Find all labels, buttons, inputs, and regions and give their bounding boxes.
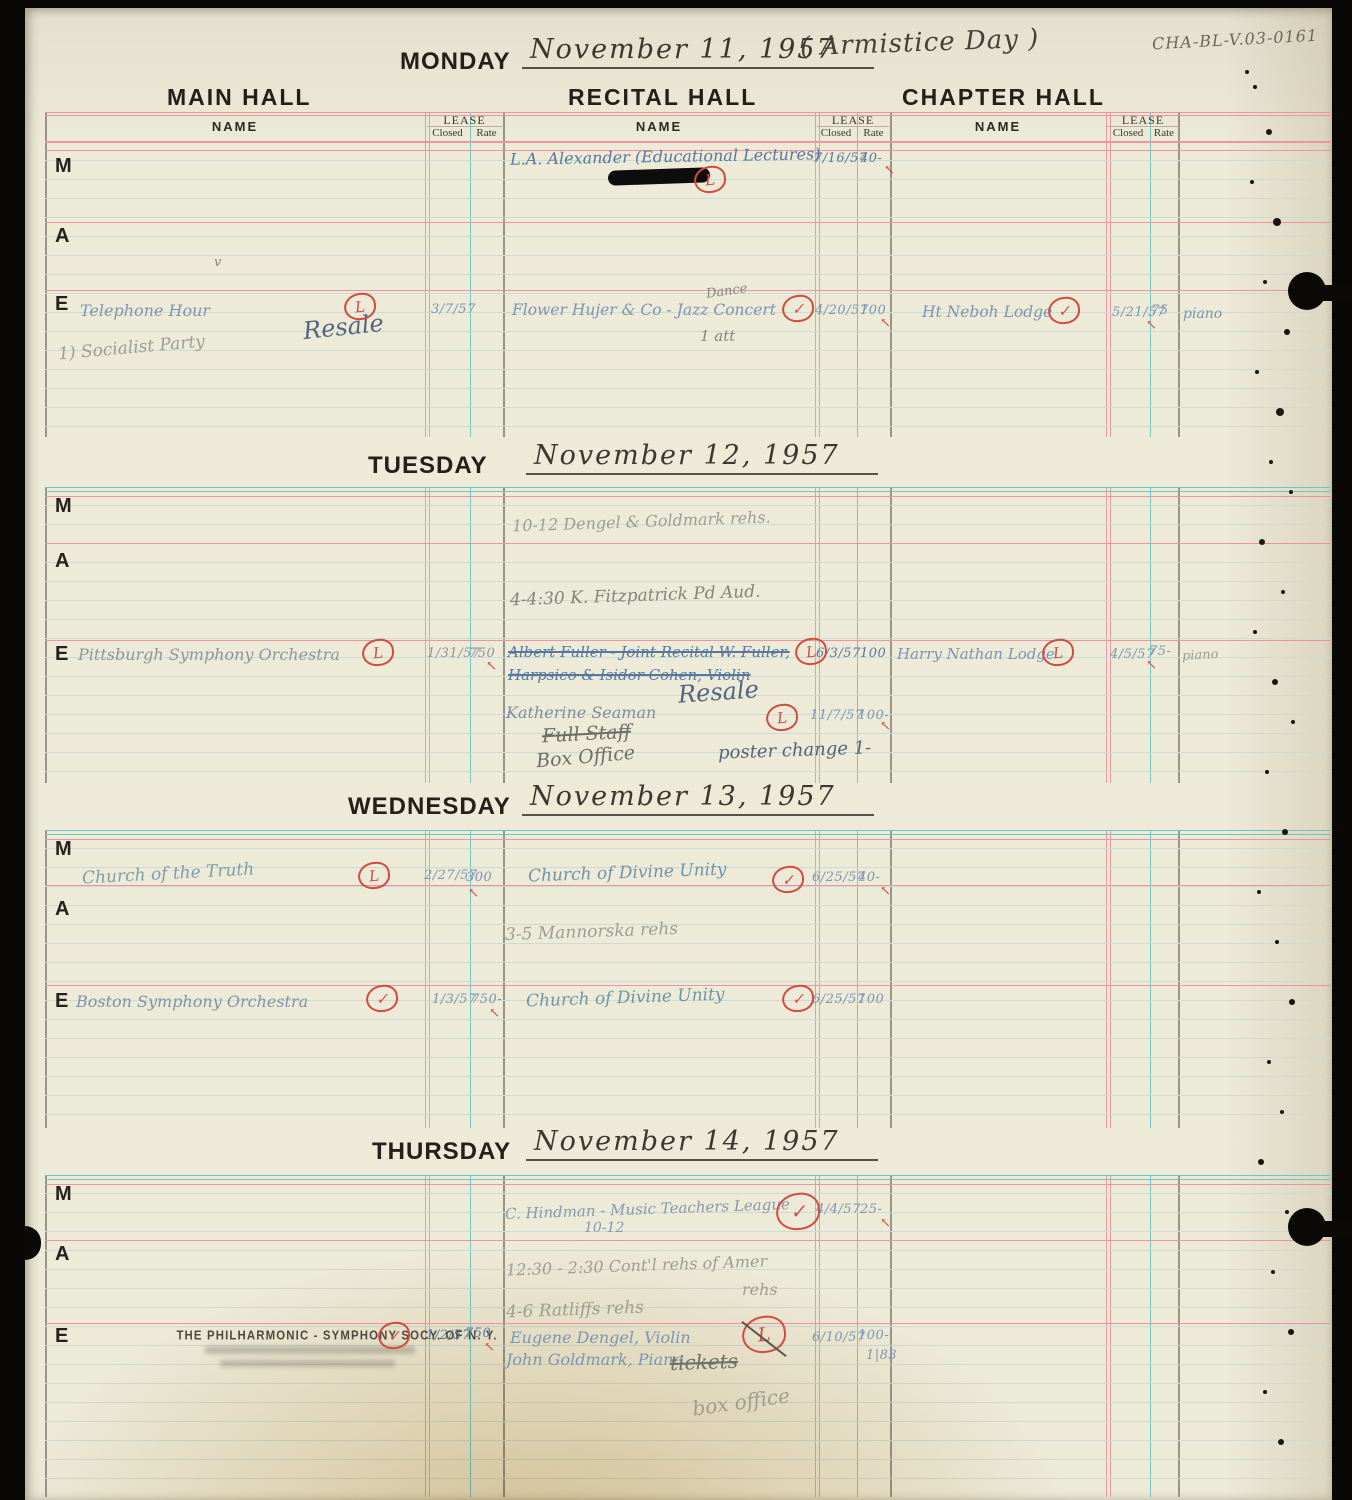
tuesday-ledger-table <box>45 487 1331 783</box>
day-label-tuesday: TUESDAY <box>368 452 487 480</box>
main-name-header: NAME <box>45 119 425 134</box>
row-label-evening: E <box>55 1325 68 1348</box>
recital-closed-header: Closed <box>815 127 857 139</box>
red-arrow-icon: ↖ <box>468 886 479 901</box>
monday-ledger-table <box>45 142 1331 437</box>
red-arrow-icon: ↖ <box>880 719 891 734</box>
row-label-evening: E <box>55 643 68 666</box>
rate-value: 75 <box>1151 303 1169 318</box>
hole-punch-stem <box>1320 1221 1352 1237</box>
red-arrow-icon: ↖ <box>880 884 891 899</box>
entry-boston-symphony: Boston Symphony Orchestra <box>76 992 308 1011</box>
section-top-rule <box>45 491 1331 492</box>
row-divider <box>45 885 1331 886</box>
time-note: 10-12 <box>584 1220 624 1236</box>
section-top-rule <box>45 830 1331 831</box>
stamp-smudge <box>205 1346 415 1354</box>
red-arrow-icon: ↖ <box>1146 318 1157 333</box>
row-divider <box>45 640 1331 641</box>
day-date-wednesday: November 13, 1957 <box>522 781 874 816</box>
header-rule <box>45 115 1331 116</box>
row-label-morning: M <box>55 155 72 178</box>
chapter-name-header: NAME <box>890 119 1106 134</box>
row-divider <box>45 839 1331 840</box>
attendance-note: 1 att <box>700 327 735 345</box>
hall-title-chapter: CHAPTER HALL <box>902 84 1105 111</box>
row-divider <box>45 142 1331 143</box>
row-label-morning: M <box>55 1183 72 1206</box>
entry-pittsburgh-symphony: Pittsburgh Symphony Orchestra <box>78 645 340 664</box>
entry-neboh-lodge: Ht Neboh Lodge <box>922 303 1052 321</box>
chapter-rate-header: Rate <box>1150 127 1178 139</box>
rate-value: 300 <box>466 870 492 885</box>
day-date-thursday: November 14, 1957 <box>526 1126 878 1161</box>
row-divider <box>45 1184 1331 1185</box>
red-arrow-icon: ↖ <box>884 163 895 178</box>
closed-date: 11/7/57 <box>810 708 864 723</box>
entry-flower-hujer: Flower Hujer & Co - Jazz Concert <box>512 301 776 319</box>
edge-speckles <box>1245 70 1249 74</box>
day-label-thursday: THURSDAY <box>372 1138 511 1166</box>
recital-rate-header: Rate <box>857 127 890 139</box>
entry-eugene-dengel: Eugene Dengel, Violin <box>510 1328 691 1347</box>
row-divider <box>45 543 1331 544</box>
row-label-evening: E <box>55 990 68 1013</box>
row-divider <box>45 1323 1331 1324</box>
entry-telephone-hour: Telephone Hour <box>80 301 210 320</box>
section-top-rule <box>45 1179 1331 1180</box>
row-divider <box>45 222 1331 223</box>
day-date-tuesday: November 12, 1957 <box>526 440 878 475</box>
row-label-evening: E <box>55 293 68 316</box>
stamp-smudge <box>220 1360 395 1367</box>
main-rate-header: Rate <box>470 127 503 139</box>
rate-value: 75- <box>1149 644 1171 659</box>
rate-value: 40- <box>858 870 880 885</box>
main-closed-header: Closed <box>425 127 470 139</box>
entry-albert-fuller-struck: Albert Fuller - Joint Recital W. Fuller, <box>508 643 790 661</box>
hall-title-main: MAIN HALL <box>167 84 311 111</box>
hall-title-recital: RECITAL HALL <box>568 84 757 111</box>
day-label-monday: MONDAY <box>400 48 510 76</box>
recital-name-header: NAME <box>503 119 815 134</box>
row-divider <box>45 290 1331 291</box>
section-top-rule <box>45 1175 1331 1176</box>
chapter-closed-header: Closed <box>1106 127 1150 139</box>
rate-value: 40- <box>860 151 882 166</box>
red-arrow-icon: ↖ <box>1146 658 1157 673</box>
row-label-afternoon: A <box>55 550 69 573</box>
day-label-wednesday: WEDNESDAY <box>348 793 511 821</box>
row-divider <box>45 496 1331 497</box>
piano-note: piano <box>1182 647 1219 664</box>
rate-value: 100- <box>858 1328 889 1343</box>
rate-value-secondary: 1|83 <box>866 1348 897 1363</box>
red-arrow-icon: ↖ <box>880 316 891 331</box>
rate-value: 100 <box>860 646 886 661</box>
section-top-rule <box>45 487 1331 488</box>
row-label-morning: M <box>55 838 72 861</box>
hole-punch-stem <box>1320 285 1352 301</box>
row-label-afternoon: A <box>55 898 69 921</box>
small-check-note: v <box>214 255 221 270</box>
rate-value: 25- <box>860 1202 882 1217</box>
red-arrow-icon: ↖ <box>484 1340 495 1355</box>
rate-value: 750 <box>465 1326 491 1341</box>
section-top-rule <box>45 834 1331 835</box>
closed-date: 3/7/57 <box>431 302 476 317</box>
row-divider <box>45 1240 1331 1241</box>
closed-date: 4/4/57 <box>816 1202 861 1217</box>
entry-john-goldmark: John Goldmark, Piano <box>506 1350 683 1369</box>
red-arrow-icon: ↖ <box>486 659 497 674</box>
header-rule <box>45 112 1331 113</box>
rate-value: 100 <box>858 992 884 1007</box>
tickets-struck-note: tickets <box>670 1349 739 1375</box>
rehearsal-note: rehs <box>742 1280 778 1299</box>
resale-note: Resale <box>677 675 760 709</box>
ruled-lines <box>45 487 1331 783</box>
row-label-afternoon: A <box>55 1243 69 1266</box>
rate-value: 750- <box>471 992 502 1007</box>
row-label-afternoon: A <box>55 225 69 248</box>
red-arrow-icon: ↖ <box>489 1006 500 1021</box>
row-label-morning: M <box>55 495 72 518</box>
red-arrow-icon: ↖ <box>880 1216 891 1231</box>
piano-note: piano <box>1183 306 1222 322</box>
entry-katherine-seaman: Katherine Seaman <box>506 703 656 722</box>
entry-harry-nathan-lodge: Harry Nathan Lodge <box>897 645 1055 663</box>
